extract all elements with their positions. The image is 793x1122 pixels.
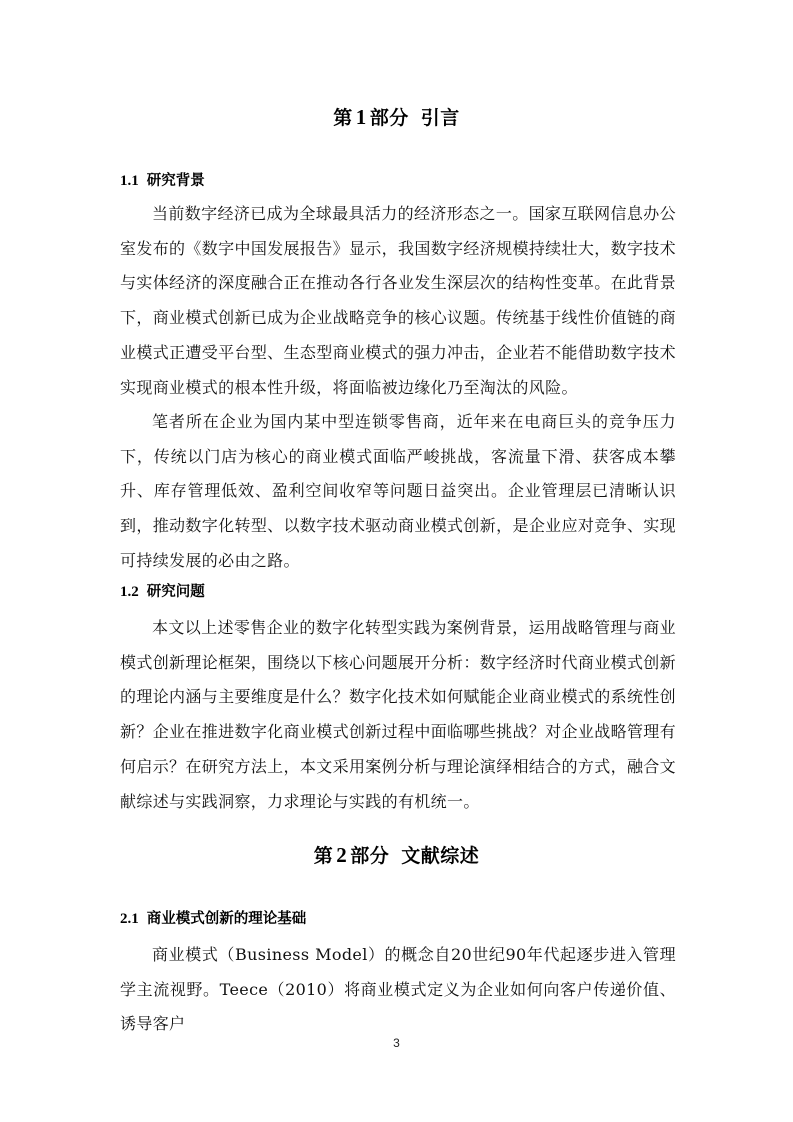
section-2-1-title: 2.1商业模式创新的理论基础: [120, 909, 306, 929]
section-1-2-number: 1.2: [120, 584, 139, 600]
section-1-1-name: 研究背景: [147, 173, 205, 189]
part-1-number: 1: [356, 105, 367, 129]
part-1-prefix: 第: [333, 107, 353, 129]
paragraph-1-1-b: 笔者所在企业为国内某中型连锁零售商，近年来在电商巨头的竞争压力下，传统以门店为核…: [120, 405, 676, 579]
section-2-1-number: 2.1: [120, 911, 139, 927]
part-1-suffix: 部分: [370, 107, 409, 129]
part-2-prefix: 第: [314, 845, 334, 867]
section-2-1-name: 商业模式创新的理论基础: [147, 911, 307, 927]
part-2-number: 2: [336, 843, 347, 867]
section-1-1-number: 1.1: [120, 173, 139, 189]
section-1-2-name: 研究问题: [147, 584, 205, 600]
paragraph-1-2-a: 本文以上述零售企业的数字化转型实践为案例背景，运用战略管理与商业模式创新理论框架…: [120, 611, 676, 819]
paragraph-1-1-a: 当前数字经济已成为全球最具活力的经济形态之一。国家互联网信息办公室发布的《数字中…: [120, 197, 676, 405]
part-2-suffix: 部分: [350, 845, 389, 867]
section-1-1-title: 1.1研究背景: [120, 171, 205, 191]
document-page: 第1部分引言 1.1研究背景 当前数字经济已成为全球最具活力的经济形态之一。国家…: [0, 0, 793, 1122]
paragraph-2-1-a: 商业模式（Business Model）的概念自20世纪90年代起逐步进入管理学…: [120, 938, 676, 1042]
part-2-title: 第2部分文献综述: [0, 842, 793, 869]
part-2-name: 文献综述: [401, 845, 479, 867]
page-number: 3: [0, 1036, 793, 1050]
part-1-name: 引言: [421, 107, 460, 129]
part-1-title: 第1部分引言: [0, 104, 793, 131]
section-1-2-title: 1.2研究问题: [120, 582, 205, 602]
